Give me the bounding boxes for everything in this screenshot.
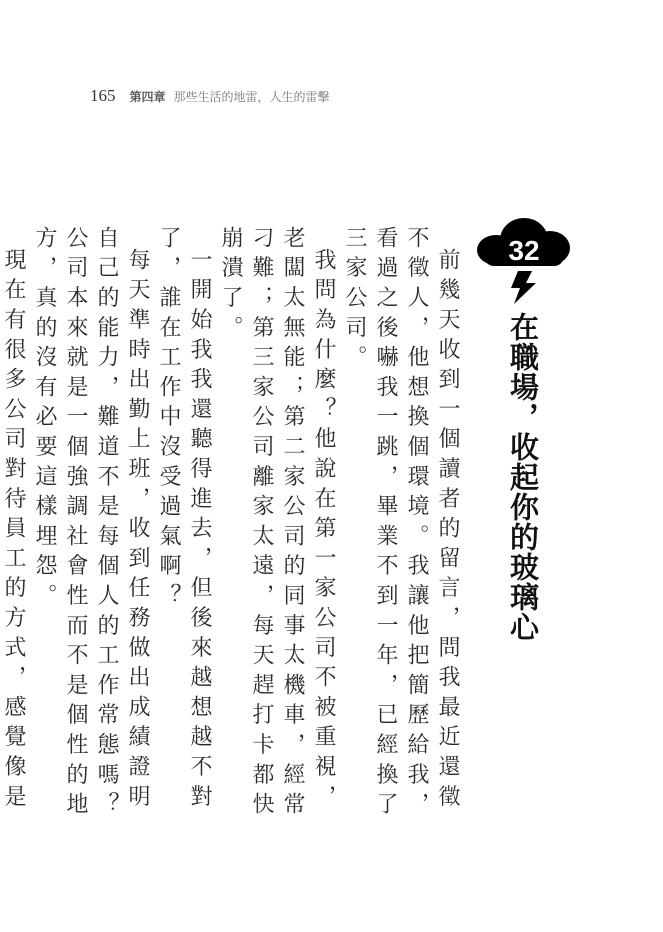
article-body: 前幾天收到一個讀者的留言，問我最近還徵不徵人，他想換個環境。我讓他把簡歷給我，看…: [0, 226, 463, 836]
chapter-title: 那些生活的地雷，人生的雷擊: [174, 88, 330, 105]
paragraph-4: 每天準時出勤上班，收到任務做出成績證明自己的能力，難道不是每個人的工作常態嗎？公…: [29, 226, 153, 836]
storm-cloud-lightning-icon: 32: [474, 214, 574, 304]
paragraph-1: 前幾天收到一個讀者的留言，問我最近還徵不徵人，他想換個環境。我讓他把簡歷給我，看…: [339, 226, 463, 836]
page-number: 165: [90, 86, 116, 106]
paragraph-5: 現在有很多公司對待員工的方式，感覺像是對待心智不成熟的未成年人，搞得很多人每天去…: [0, 226, 29, 836]
paragraph-2: 我問為什麼？他說在第一家公司不被重視，老闆太無能；第二家公司的同事太機車，經常刁…: [215, 226, 339, 836]
article-number-badge: 32: [474, 214, 574, 304]
chapter-label: 第四章: [130, 88, 166, 105]
article-number: 32: [508, 235, 539, 266]
paragraph-3: 一開始我我還聽得進去，但後來越想越不對了，誰在工作中沒受過氣啊？: [153, 226, 215, 836]
running-header: 165 第四章 那些生活的地雷，人生的雷擊: [90, 86, 330, 108]
article-title: 在職場，收起你的玻璃心: [503, 312, 543, 642]
